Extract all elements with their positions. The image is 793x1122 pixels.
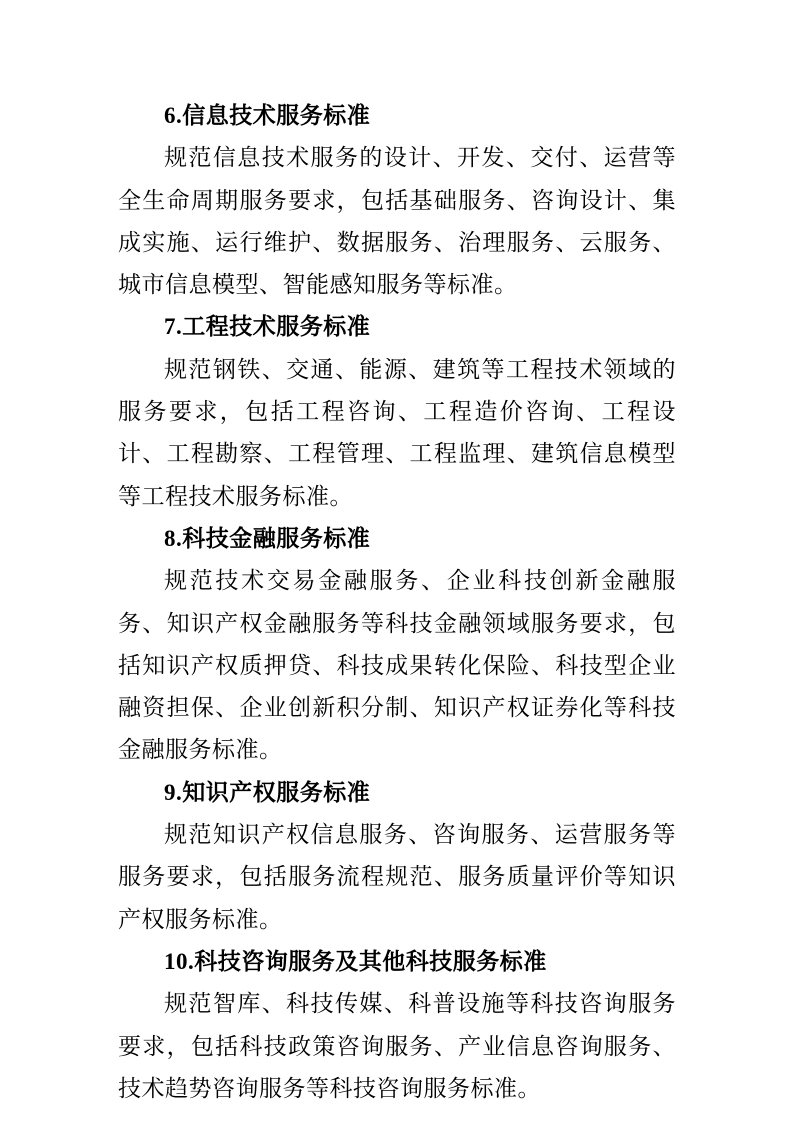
section-9-heading: 9.知识产权服务标准 <box>118 772 676 814</box>
section-6-heading: 6.信息技术服务标准 <box>118 95 676 137</box>
document-page: 6.信息技术服务标准 规范信息技术服务的设计、开发、交付、运营等全生命周期服务要… <box>0 0 793 1122</box>
page-number: 7 <box>0 1038 793 1058</box>
section-6-paragraph: 规范信息技术服务的设计、开发、交付、运营等全生命周期服务要求，包括基础服务、咨询… <box>118 137 676 306</box>
section-9-paragraph: 规范知识产权信息服务、咨询服务、运营服务等服务要求，包括服务流程规范、服务质量评… <box>118 814 676 941</box>
section-9: 9.知识产权服务标准 规范知识产权信息服务、咨询服务、运营服务等服务要求，包括服… <box>118 772 676 941</box>
section-8-paragraph: 规范技术交易金融服务、企业科技创新金融服务、知识产权金融服务等科技金融领域服务要… <box>118 560 676 771</box>
document-body: 6.信息技术服务标准 规范信息技术服务的设计、开发、交付、运营等全生命周期服务要… <box>118 95 676 1110</box>
section-10-heading: 10.科技咨询服务及其他科技服务标准 <box>118 941 676 983</box>
section-6: 6.信息技术服务标准 规范信息技术服务的设计、开发、交付、运营等全生命周期服务要… <box>118 95 676 306</box>
section-7-paragraph: 规范钢铁、交通、能源、建筑等工程技术领域的服务要求，包括工程咨询、工程造价咨询、… <box>118 349 676 518</box>
section-7-heading: 7.工程技术服务标准 <box>118 306 676 348</box>
section-8: 8.科技金融服务标准 规范技术交易金融服务、企业科技创新金融服务、知识产权金融服… <box>118 518 676 772</box>
section-10: 10.科技咨询服务及其他科技服务标准 规范智库、科技传媒、科普设施等科技咨询服务… <box>118 941 676 1110</box>
section-8-heading: 8.科技金融服务标准 <box>118 518 676 560</box>
section-7: 7.工程技术服务标准 规范钢铁、交通、能源、建筑等工程技术领域的服务要求，包括工… <box>118 306 676 517</box>
